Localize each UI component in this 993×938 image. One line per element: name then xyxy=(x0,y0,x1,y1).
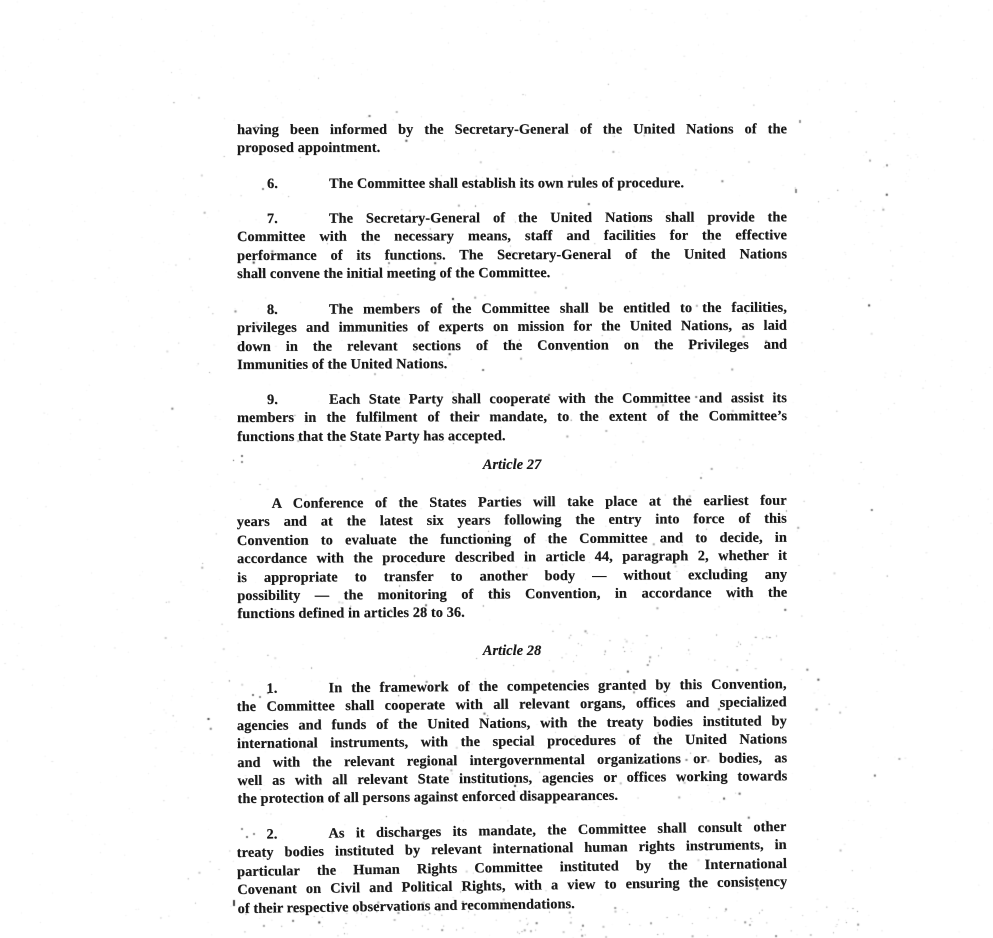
paragraph-8: 8.The members of the Committee shall be … xyxy=(237,298,787,374)
paragraph-number: 7. xyxy=(267,210,329,229)
paragraph-number: 8. xyxy=(267,300,329,319)
text-line: 8.The members of the Committee shall be … xyxy=(237,298,787,319)
text-line: performance of its functions. The Secret… xyxy=(237,245,787,265)
text-line: functions defined in articles 28 to 36. xyxy=(237,602,787,624)
paragraph-7: 7.The Secretary-General of the United Na… xyxy=(237,208,787,283)
line-text: In the framework of the competencies gra… xyxy=(328,676,786,696)
article-28-paragraph-1: 1.In the framework of the competencies g… xyxy=(236,675,787,809)
text-line: Immunities of the United Nations. xyxy=(237,354,787,375)
line-text: Each State Party shall cooperate with th… xyxy=(329,390,787,408)
text-line: proposed appointment. xyxy=(237,139,787,158)
paragraph-number: 1. xyxy=(266,679,328,698)
text-line: 7.The Secretary-General of the United Na… xyxy=(237,208,787,228)
text-line: Committee with the necessary means, staf… xyxy=(237,227,787,247)
line-text: The Secretary-General of the United Nati… xyxy=(329,209,787,226)
paragraph-number: 9. xyxy=(267,391,329,410)
paragraph-number: 6. xyxy=(267,175,329,194)
text-line: shall convene the initial meeting of the… xyxy=(237,264,787,284)
line-text: The members of the Committee shall be en… xyxy=(329,299,787,317)
text-line: possibility — the monitoring of this Con… xyxy=(237,583,787,605)
paragraph-6: 6.The Committee shall establish its own … xyxy=(237,174,787,193)
line-text: The Committee shall establish its own ru… xyxy=(329,175,684,192)
paragraph-9: 9.Each State Party shall cooperate with … xyxy=(237,389,787,446)
article-28-heading: Article 28 xyxy=(237,642,787,660)
article-27-heading: Article 27 xyxy=(237,456,787,474)
text-line: the protection of all persons against en… xyxy=(237,786,787,809)
text-line: functions that the State Party has accep… xyxy=(237,426,787,446)
article-heading-line: Article 28 xyxy=(237,642,787,660)
text-line: having been informed by the Secretary-Ge… xyxy=(237,120,787,139)
scanned-document-page: having been informed by the Secretary-Ge… xyxy=(0,0,993,938)
text-line: privileges and immunities of experts on … xyxy=(237,317,787,338)
article-28-paragraph-2: 2.As it discharges its mandate, the Comm… xyxy=(236,818,787,918)
text-line: members in the fulfilment of their manda… xyxy=(237,408,787,428)
text-line: 9.Each State Party shall cooperate with … xyxy=(237,389,787,409)
text-line: down in the relevant sections of the Con… xyxy=(237,335,787,356)
document-text-block: having been informed by the Secretary-Ge… xyxy=(237,121,787,918)
paragraph-continuation: having been informed by the Secretary-Ge… xyxy=(237,120,787,158)
paragraph-number: 2. xyxy=(266,824,328,843)
text-line: 6.The Committee shall establish its own … xyxy=(237,174,787,193)
article-27-paragraph: A Conference of the States Parties will … xyxy=(237,492,788,624)
article-heading-line: Article 27 xyxy=(237,456,787,474)
